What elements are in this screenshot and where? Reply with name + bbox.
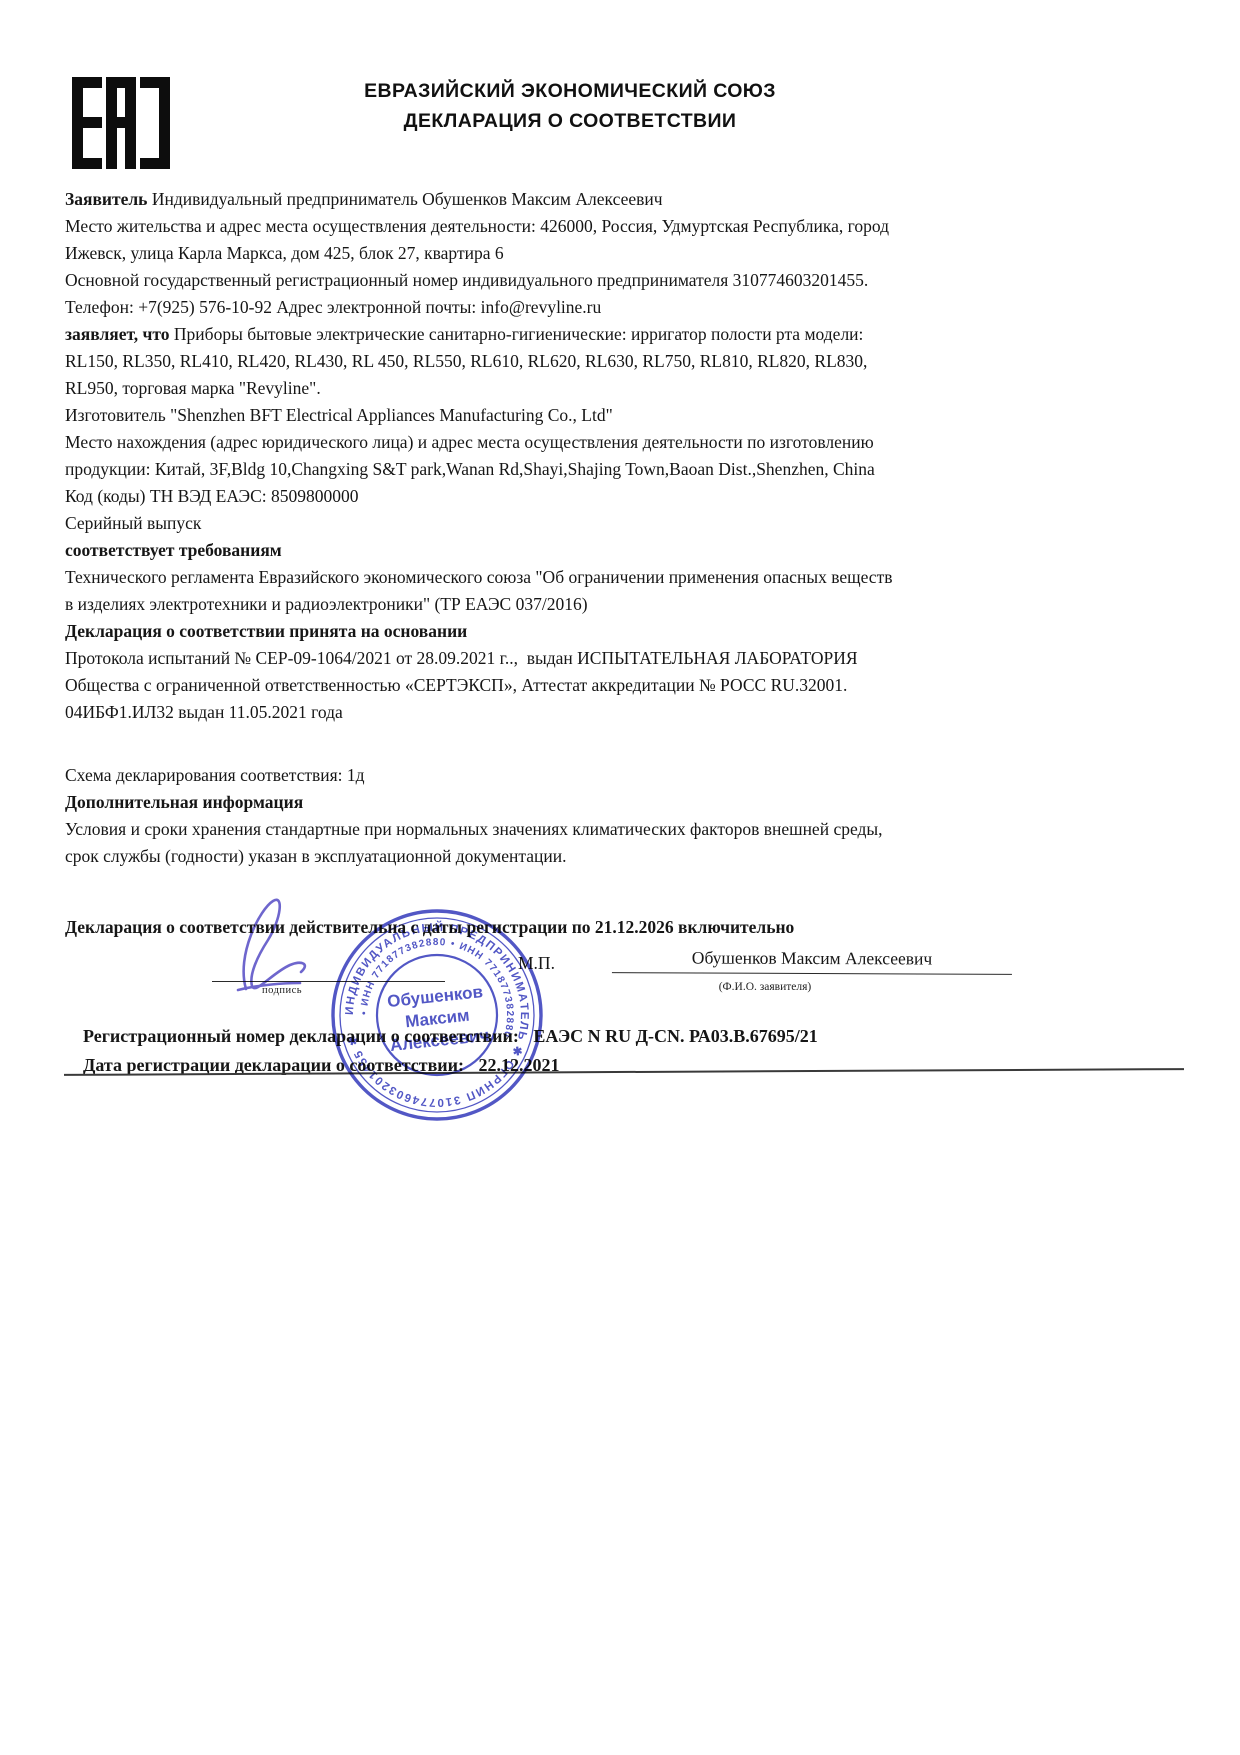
registration-date-line: Дата регистрации декларации о соответств… (65, 1034, 1165, 1097)
header-titles: ЕВРАЗИЙСКИЙ ЭКОНОМИЧЕСКИЙ СОЮЗ ДЕКЛАРАЦИ… (260, 76, 880, 136)
document-line: Серийный выпуск (65, 510, 1193, 537)
document-line: Декларация о соответствии принята на осн… (65, 618, 1193, 645)
round-stamp: ИНДИВИДУАЛЬНЫЙ ПРЕДПРИНИМАТЕЛЬ ✱ ОГРНИП … (325, 903, 549, 1127)
union-title: ЕВРАЗИЙСКИЙ ЭКОНОМИЧЕСКИЙ СОЮЗ (260, 76, 880, 106)
document-line: 04ИБФ1.ИЛ32 выдан 11.05.2021 года (65, 699, 1193, 726)
eac-mark-logo (72, 77, 170, 169)
document-line: Протокола испытаний № СЕР-09-1064/2021 о… (65, 645, 1193, 672)
document-line: Общества с ограниченной ответственностью… (65, 672, 1193, 699)
document-line: Ижевск, улица Карла Маркса, дом 425, бло… (65, 240, 1193, 267)
stamp-center-line3: Алексеевич (389, 1026, 490, 1055)
document-body: Заявитель Индивидуальный предприниматель… (65, 186, 1193, 941)
doc-title: ДЕКЛАРАЦИЯ О СООТВЕТСТВИИ (260, 106, 880, 136)
document-line: Схема декларирования соответствия: 1д (65, 762, 1193, 789)
document-line: заявляет, что Приборы бытовые электричес… (65, 321, 1193, 348)
document-line: Технического регламента Евразийского эко… (65, 564, 1193, 591)
document-line: Изготовитель "Shenzhen BFT Electrical Ap… (65, 402, 1193, 429)
document-page: ЕВРАЗИЙСКИЙ ЭКОНОМИЧЕСКИЙ СОЮЗ ДЕКЛАРАЦИ… (0, 0, 1240, 1755)
document-line: Место нахождения (адрес юридического лиц… (65, 429, 1193, 456)
document-line: соответствует требованиям (65, 537, 1193, 564)
document-line: Условия и сроки хранения стандартные при… (65, 816, 1193, 843)
document-line: продукции: Китай, 3F,Bldg 10,Changxing S… (65, 456, 1193, 483)
document-line: Код (коды) ТН ВЭД ЕАЭС: 8509800000 (65, 483, 1193, 510)
document-line: Основной государственный регистрационный… (65, 267, 1193, 294)
fio-caption: (Ф.И.О. заявителя) (600, 981, 930, 993)
document-line: RL150, RL350, RL410, RL420, RL430, RL 45… (65, 348, 1193, 375)
document-line: Место жительства и адрес места осуществл… (65, 213, 1193, 240)
stamp-center-line2: Максим (404, 1006, 470, 1032)
document-line: RL950, торговая марка "Revyline". (65, 375, 1193, 402)
document-line: срок службы (годности) указан в эксплуат… (65, 843, 1193, 870)
document-line: в изделиях электротехники и радиоэлектро… (65, 591, 1193, 618)
document-line: Телефон: +7(925) 576-10-92 Адрес электро… (65, 294, 1193, 321)
signatory-name: Обушенков Максим Алексеевич (612, 947, 1012, 975)
stamp-center-line1: Обушенков (386, 982, 483, 1011)
document-line: Заявитель Индивидуальный предприниматель… (65, 186, 1193, 213)
document-line: Дополнительная информация (65, 789, 1193, 816)
